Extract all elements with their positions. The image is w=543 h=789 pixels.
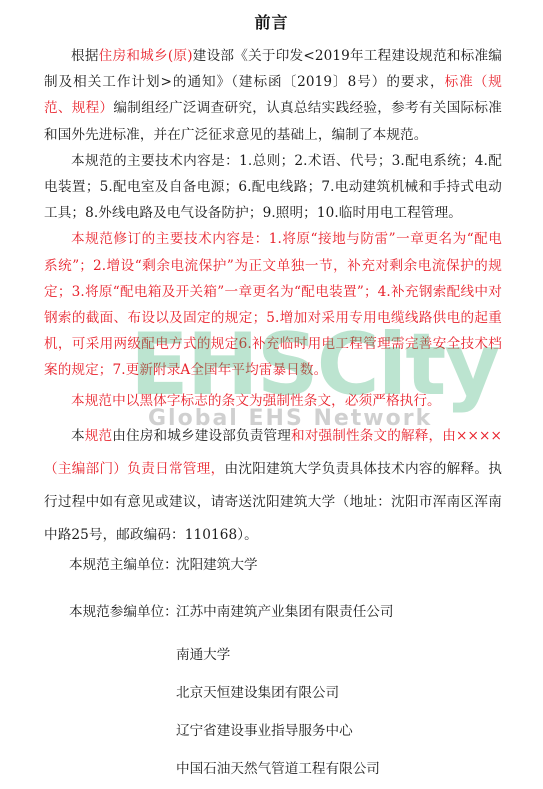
document-page: 前言 根据住房和城乡(原)建设部《关于印发<2019年工程建设规范和标准编制及相…	[0, 0, 543, 789]
preface-body: 根据住房和城乡(原)建设部《关于印发<2019年工程建设规范和标准编制及相关工作…	[44, 43, 502, 552]
participating-editor-label: 本规范参编单位：	[69, 600, 176, 620]
paragraph-mandatory-note: 本规范中以黑体字标志的条文为强制性条文，必须严格执行。	[44, 388, 502, 414]
text-segment: 编制组经广泛调查研究，认真总结实践经验，参考有关国际标准和国外先进标准，并在广泛…	[44, 100, 502, 142]
text-segment-highlight: 规范	[85, 428, 113, 444]
participating-unit: 江苏中南建筑产业集团有限责任公司	[176, 604, 394, 620]
text-segment: 由住房和城乡建设部负责管理	[112, 428, 291, 444]
text-segment: 本	[71, 428, 85, 444]
paragraph-main-contents: 本规范的主要技术内容是：1.总则；2.术语、代号；3.配电系统；4.配电装置；5…	[44, 148, 502, 227]
chief-editor-unit: 沈阳建筑大学	[176, 557, 258, 573]
paragraph-management: 本规范由住房和城乡建设部负责管理和对强制性条文的解释，由××××（主编部门）负责…	[44, 420, 502, 552]
text-segment: 根据	[71, 48, 99, 64]
paragraph-revision-contents: 本规范修订的主要技术内容是：1.将原“接地与防雷”一章更名为“配电系统”；2.增…	[44, 226, 502, 383]
chief-editor-label: 本规范主编单位：	[69, 553, 176, 573]
text-segment-highlight: 住房和城乡(原)	[99, 48, 193, 64]
participating-editor-row: 本规范参编单位：江苏中南建筑产业集团有限责任公司	[69, 600, 394, 620]
paragraph-basis: 根据住房和城乡(原)建设部《关于印发<2019年工程建设规范和标准编制及相关工作…	[44, 43, 502, 148]
chief-editor-row: 本规范主编单位：沈阳建筑大学	[69, 553, 258, 573]
participating-unit: 中国石油天然气管道工程有限公司	[176, 757, 380, 777]
page-title: 前言	[0, 10, 543, 33]
participating-unit: 北京天恒建设集团有限公司	[176, 681, 339, 701]
participating-unit: 南通大学	[176, 643, 230, 663]
participating-unit: 辽宁省建设事业指导服务中心	[176, 719, 353, 739]
